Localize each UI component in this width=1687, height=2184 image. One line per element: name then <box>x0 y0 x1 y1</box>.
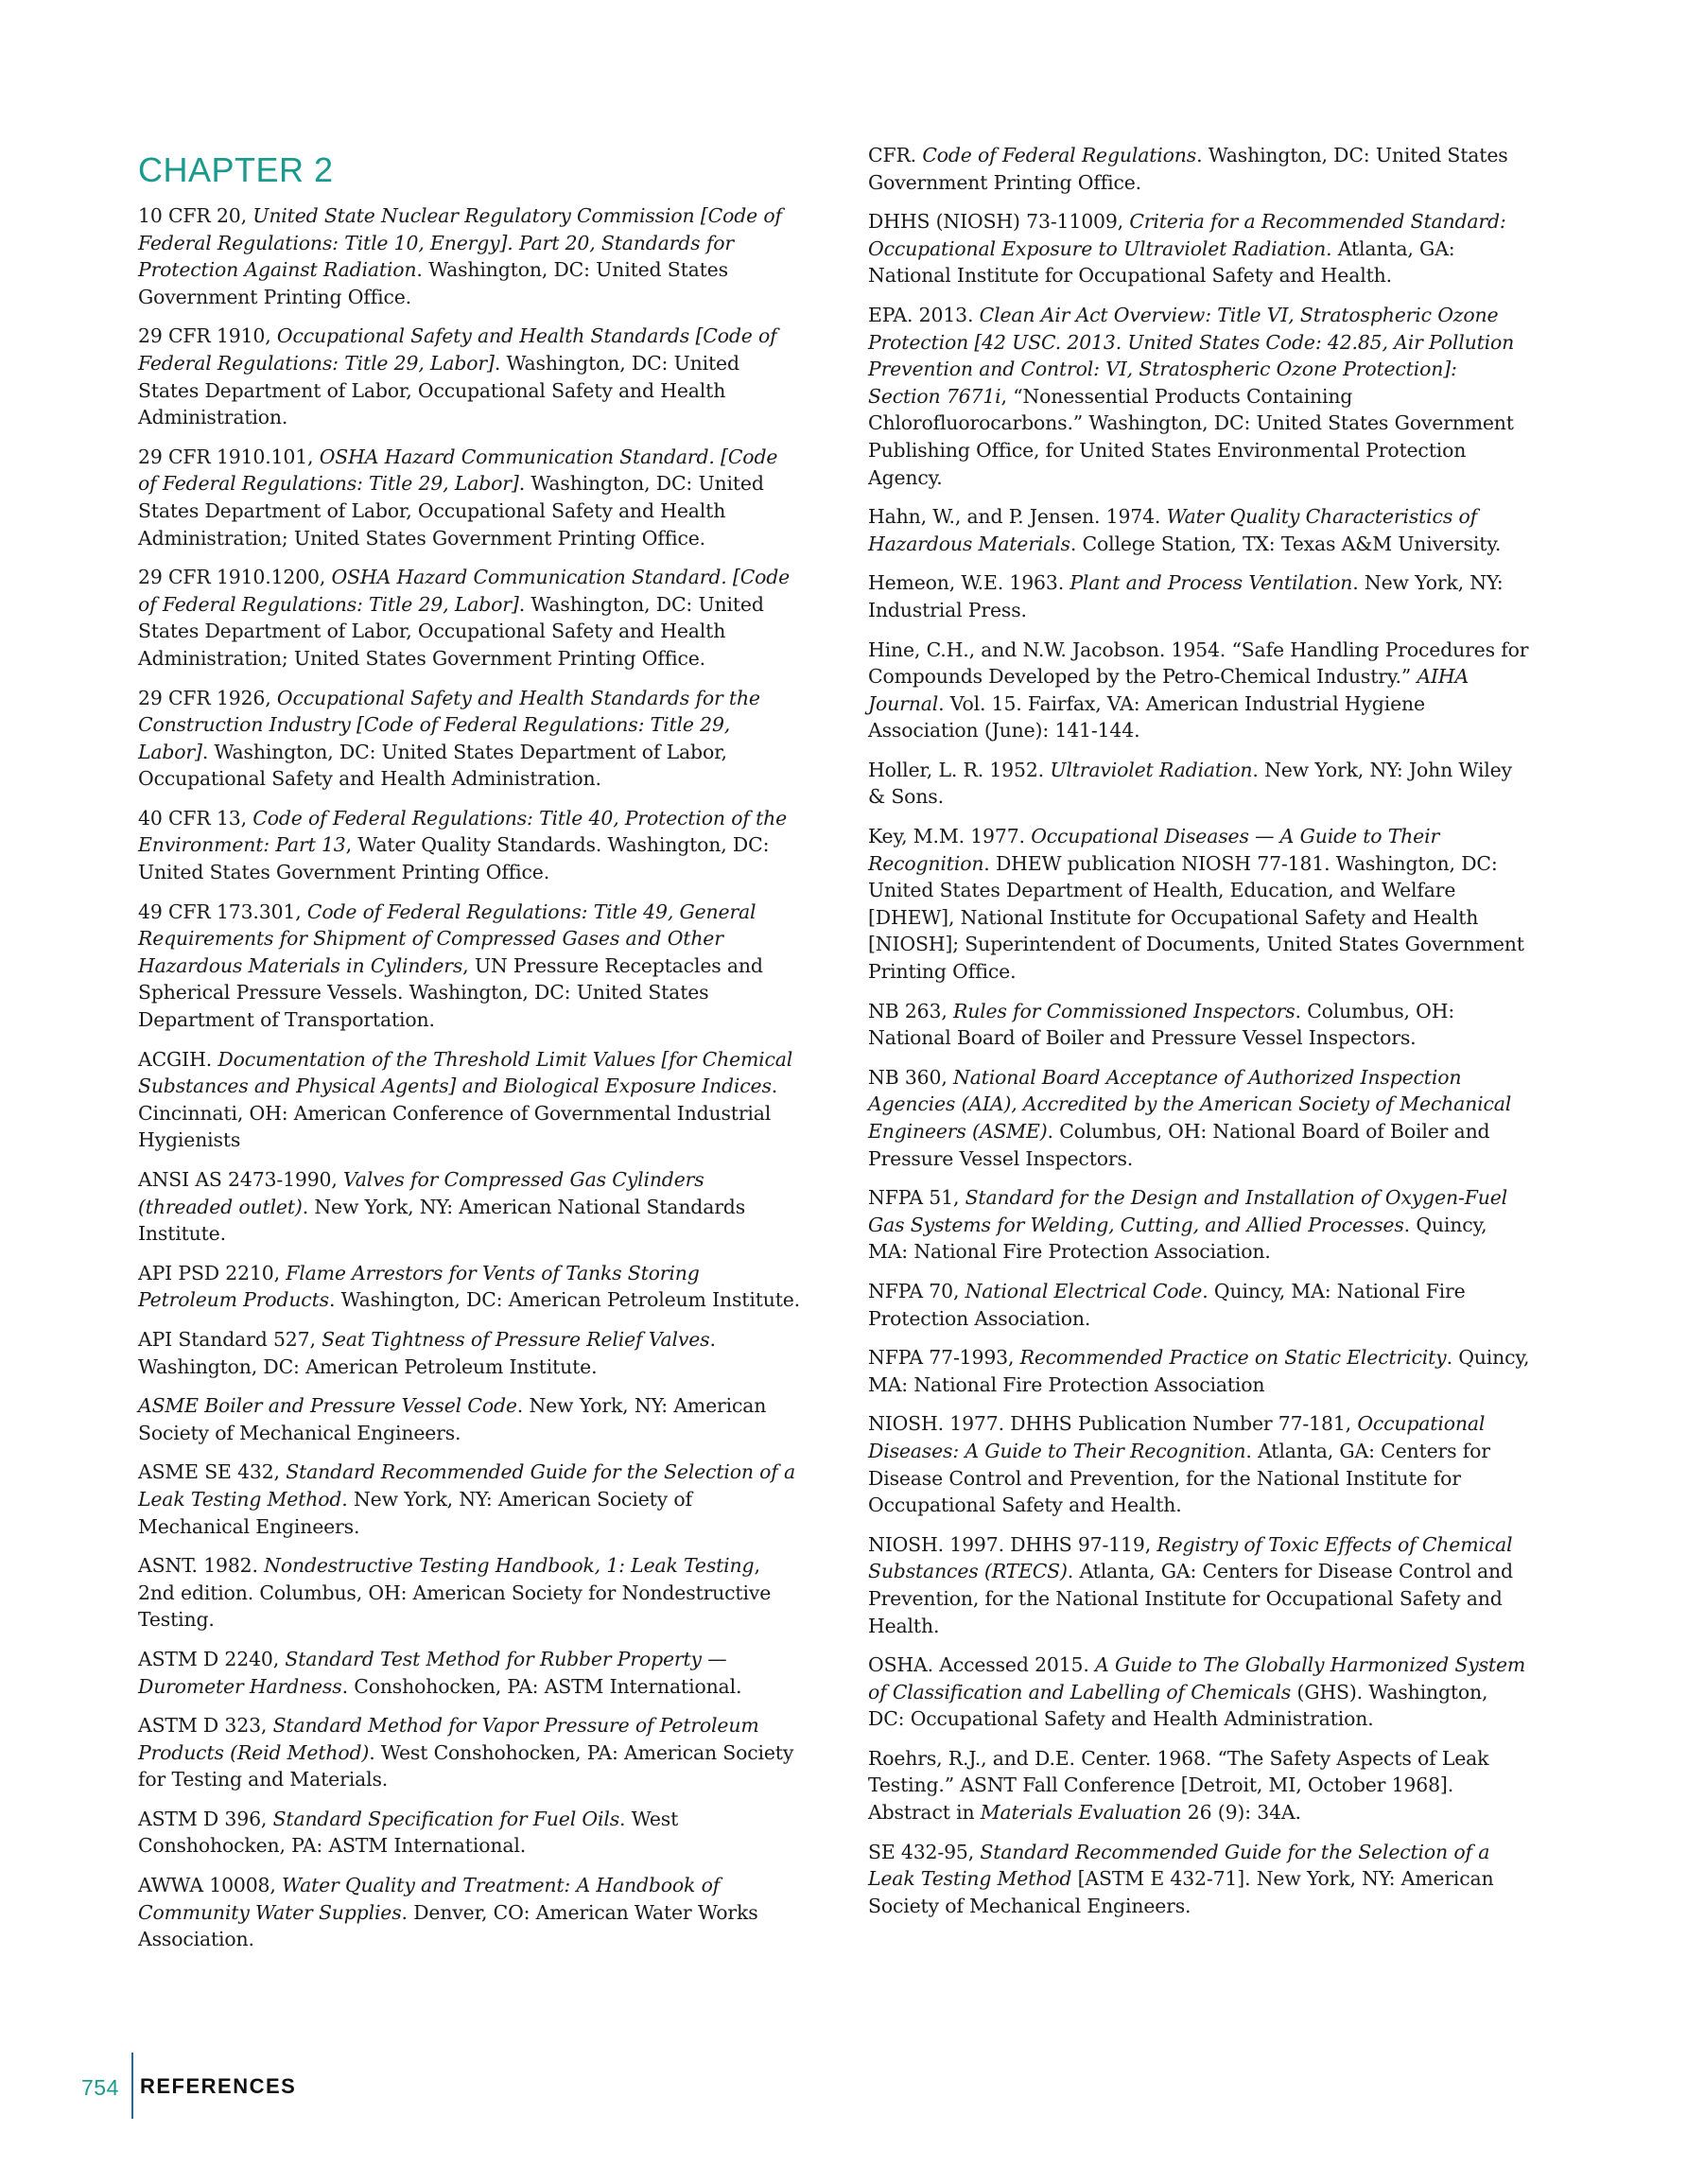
reference-lead: NB 360, <box>868 1066 953 1089</box>
reference-lead: Hemeon, W.E. 1963. <box>868 571 1070 594</box>
reference-entry: NB 360, National Board Acceptance of Aut… <box>868 1064 1530 1172</box>
reference-lead: ANSI AS 2473-1990, <box>138 1168 343 1191</box>
reference-entry: Hemeon, W.E. 1963. Plant and Process Ven… <box>868 569 1530 623</box>
reference-lead: NFPA 77-1993, <box>868 1346 1020 1369</box>
reference-lead: 29 CFR 1926, <box>138 687 277 709</box>
references-right-column: CFR. Code of Federal Regulations. Washin… <box>868 142 1530 1931</box>
reference-entry: 49 CFR 173.301, Code of Federal Regulati… <box>138 899 800 1034</box>
reference-entry: Holler, L. R. 1952. Ultraviolet Radiatio… <box>868 757 1530 811</box>
reference-entry: Hahn, W., and P. Jensen. 1974. Water Qua… <box>868 503 1530 557</box>
reference-title: National Electrical Code <box>965 1280 1203 1302</box>
reference-entry: NB 263, Rules for Commissioned Inspector… <box>868 998 1530 1052</box>
section-title: REFERENCES <box>140 2074 296 2099</box>
reference-publisher: . College Station, TX: Texas A&M Univers… <box>1070 533 1501 555</box>
reference-title: Materials Evaluation <box>981 1801 1182 1824</box>
reference-lead: NFPA 51, <box>868 1186 965 1209</box>
reference-entry: DHHS (NIOSH) 73-11009, Criteria for a Re… <box>868 208 1530 289</box>
reference-entry: NFPA 77-1993, Recommended Practice on St… <box>868 1344 1530 1398</box>
reference-entry: Hine, C.H., and N.W. Jacobson. 1954. “Sa… <box>868 637 1530 744</box>
reference-entry: API Standard 527, Seat Tightness of Pres… <box>138 1326 800 1380</box>
reference-entry: 29 CFR 1910.101, OSHA Hazard Communicati… <box>138 444 800 551</box>
reference-entry: ASNT. 1982. Nondestructive Testing Handb… <box>138 1552 800 1634</box>
reference-lead: 49 CFR 173.301, <box>138 900 307 923</box>
reference-entry: 10 CFR 20, United State Nuclear Regulato… <box>138 202 800 310</box>
reference-lead: NB 263, <box>868 1000 953 1022</box>
reference-entry: API PSD 2210, Flame Arrestors for Vents … <box>138 1260 800 1314</box>
reference-entry: Key, M.M. 1977. Occupational Diseases — … <box>868 823 1530 986</box>
reference-lead: ASTM D 2240, <box>138 1648 285 1670</box>
reference-entry: ANSI AS 2473-1990, Valves for Compressed… <box>138 1166 800 1248</box>
reference-lead: AWWA 10008, <box>138 1874 282 1896</box>
reference-lead: ASME SE 432, <box>138 1460 286 1483</box>
reference-entry: AWWA 10008, Water Quality and Treatment:… <box>138 1872 800 1953</box>
reference-entry: ASME SE 432, Standard Recommended Guide … <box>138 1459 800 1540</box>
reference-publisher: . Vol. 15. Fairfax, VA: American Industr… <box>868 692 1425 743</box>
reference-lead: ASTM D 323, <box>138 1714 273 1737</box>
reference-lead: ACGIH. <box>138 1048 217 1071</box>
reference-lead: ASTM D 396, <box>138 1808 273 1830</box>
reference-title: Recommended Practice on Static Electrici… <box>1020 1346 1447 1369</box>
reference-entry: NFPA 51, Standard for the Design and Ins… <box>868 1184 1530 1266</box>
reference-entry: NFPA 70, National Electrical Code. Quinc… <box>868 1278 1530 1332</box>
reference-lead: NIOSH. 1977. DHHS Publication Number 77-… <box>868 1412 1357 1435</box>
reference-entry: SE 432-95, Standard Recommended Guide fo… <box>868 1839 1530 1920</box>
reference-entry: NIOSH. 1997. DHHS 97-119, Registry of To… <box>868 1531 1530 1639</box>
reference-lead: NIOSH. 1997. DHHS 97-119, <box>868 1533 1157 1556</box>
reference-entry: OSHA. Accessed 2015. A Guide to The Glob… <box>868 1651 1530 1733</box>
reference-lead: CFR. <box>868 144 922 166</box>
reference-title: Standard Specification for Fuel Oils <box>273 1808 619 1830</box>
reference-lead: Holler, L. R. 1952. <box>868 759 1050 781</box>
reference-entry: ASTM D 2240, Standard Test Method for Ru… <box>138 1646 800 1700</box>
reference-entry: ACGIH. Documentation of the Threshold Li… <box>138 1046 800 1154</box>
footer-divider <box>131 2053 133 2119</box>
chapter-heading: CHAPTER 2 <box>138 151 334 189</box>
reference-entry: ASTM D 396, Standard Specification for F… <box>138 1806 800 1860</box>
reference-entry: ASME Boiler and Pressure Vessel Code. Ne… <box>138 1392 800 1446</box>
reference-entry: ASTM D 323, Standard Method for Vapor Pr… <box>138 1712 800 1793</box>
reference-title: ASME Boiler and Pressure Vessel Code <box>138 1394 517 1417</box>
reference-entry: 29 CFR 1926, Occupational Safety and Hea… <box>138 685 800 793</box>
reference-lead: DHHS (NIOSH) 73-11009, <box>868 210 1129 233</box>
reference-lead: ASNT. 1982. <box>138 1554 264 1577</box>
page-footer: 754 REFERENCES <box>0 2051 567 2123</box>
reference-publisher: . Washington, DC: United States Departme… <box>138 741 727 791</box>
reference-title: Code of Federal Regulations <box>922 144 1196 166</box>
reference-lead: 40 CFR 13, <box>138 807 252 830</box>
reference-entry: Roehrs, R.J., and D.E. Center. 1968. “Th… <box>868 1745 1530 1826</box>
references-left-column: 10 CFR 20, United State Nuclear Regulato… <box>138 202 800 1966</box>
reference-entry: CFR. Code of Federal Regulations. Washin… <box>868 142 1530 196</box>
reference-title: Ultraviolet Radiation <box>1050 759 1252 781</box>
reference-title: Documentation of the Threshold Limit Val… <box>138 1048 792 1098</box>
reference-publisher: . Conshohocken, PA: ASTM International. <box>342 1675 742 1698</box>
reference-lead: EPA. 2013. <box>868 304 980 326</box>
reference-lead: API PSD 2210, <box>138 1262 286 1284</box>
reference-lead: 29 CFR 1910, <box>138 324 277 347</box>
reference-title: Nondestructive Testing Handbook, 1: Leak… <box>264 1554 754 1577</box>
reference-lead: OSHA. Accessed 2015. <box>868 1653 1095 1676</box>
reference-entry: 29 CFR 1910.1200, OSHA Hazard Communicat… <box>138 564 800 672</box>
reference-lead: Key, M.M. 1977. <box>868 825 1031 847</box>
reference-lead: NFPA 70, <box>868 1280 965 1302</box>
reference-lead: 10 CFR 20, <box>138 204 252 227</box>
reference-entry: NIOSH. 1977. DHHS Publication Number 77-… <box>868 1410 1530 1518</box>
reference-title: Plant and Process Ventilation <box>1070 571 1352 594</box>
page-number: 754 <box>81 2075 119 2101</box>
reference-entry: EPA. 2013. Clean Air Act Overview: Title… <box>868 302 1530 491</box>
reference-lead: 29 CFR 1910.101, <box>138 446 320 468</box>
reference-lead: API Standard 527, <box>138 1328 322 1351</box>
reference-publisher: 26 (9): 34A. <box>1181 1801 1300 1824</box>
reference-title: Rules for Commissioned Inspectors <box>953 1000 1296 1022</box>
reference-lead: Hahn, W., and P. Jensen. 1974. <box>868 505 1167 528</box>
reference-lead: SE 432-95, <box>868 1841 980 1863</box>
reference-entry: 40 CFR 13, Code of Federal Regulations: … <box>138 805 800 886</box>
reference-title: Seat Tightness of Pressure Relief Valves <box>322 1328 709 1351</box>
reference-publisher: . Washington, DC: American Petroleum Ins… <box>329 1288 800 1311</box>
reference-entry: 29 CFR 1910, Occupational Safety and Hea… <box>138 323 800 430</box>
reference-lead: 29 CFR 1910.1200, <box>138 566 332 588</box>
